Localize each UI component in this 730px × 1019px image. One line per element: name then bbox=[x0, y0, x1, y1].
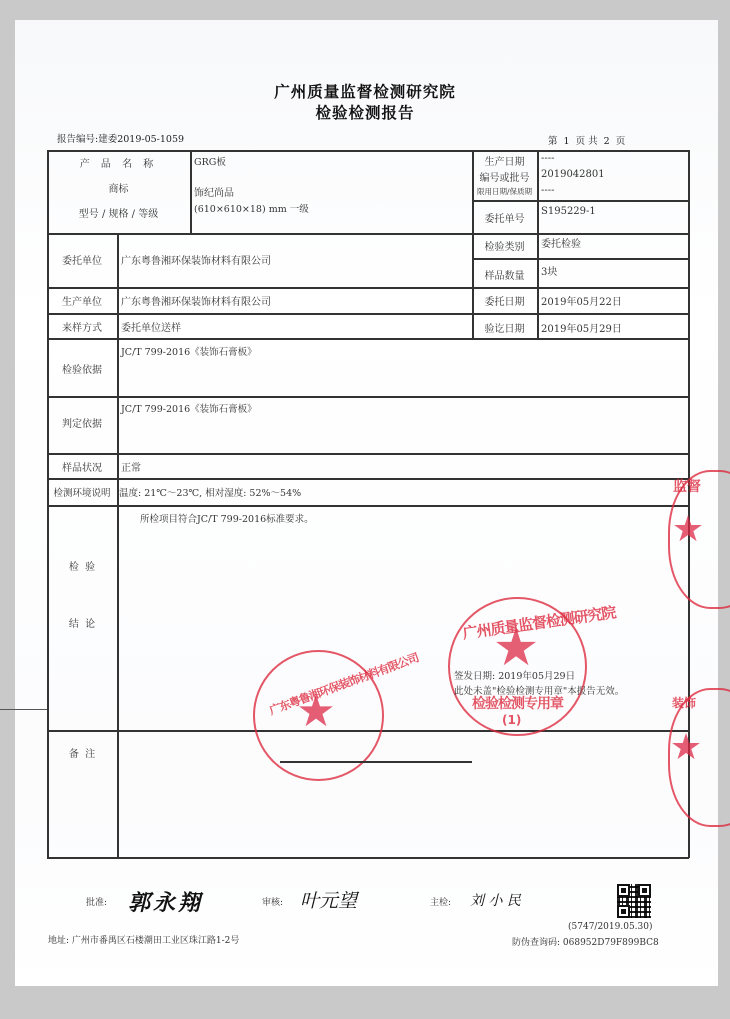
review-label: 审核: bbox=[262, 895, 283, 908]
conclusion-value: 所检项目符合JC/T 799-2016标准要求。 bbox=[140, 511, 314, 525]
environment-value: 温度: 21℃～23℃, 相对湿度: 52%～54% bbox=[119, 485, 301, 499]
brand-label: 商标 bbox=[47, 180, 190, 195]
remarks-label: 备 注 bbox=[47, 745, 117, 760]
reviewer-signature: 叶元望 bbox=[300, 886, 357, 913]
conclusion-label-2: 结 论 bbox=[47, 615, 117, 630]
condition-label: 样品状况 bbox=[47, 459, 117, 474]
expiry-label: 限用日期/保质期 bbox=[472, 186, 537, 197]
stamp-star-icon: ★ bbox=[668, 512, 708, 548]
commission-date: 2019年05月22日 bbox=[541, 293, 622, 308]
production-date-label: 生产日期 bbox=[472, 153, 537, 168]
code-reference: (5747/2019.05.30) bbox=[568, 922, 653, 932]
conclusion-label-1: 检 验 bbox=[47, 558, 117, 573]
stamp-star-icon: ★ bbox=[666, 730, 706, 766]
page-indicator: 第 1 页 共 2 页 bbox=[548, 133, 625, 147]
order-no: S195229-1 bbox=[541, 206, 596, 217]
product-name: GRG板 bbox=[194, 154, 226, 168]
inspect-label: 主检: bbox=[430, 895, 451, 908]
producer-label: 生产单位 bbox=[47, 293, 117, 308]
approve-label: 批准: bbox=[86, 895, 107, 908]
producer-value: 广东粤鲁湘环保装饰材料有限公司 bbox=[121, 293, 271, 308]
brand-value: 饰纪尚品 bbox=[194, 184, 234, 199]
report-number: 报告编号:建委2019-05-1059 bbox=[57, 131, 184, 145]
batch-value: 2019042801 bbox=[541, 169, 605, 180]
judgement-value: JC/T 799-2016《装饰石膏板》 bbox=[121, 401, 257, 415]
approver-signature: 郭永翔 bbox=[128, 886, 203, 917]
test-type-label: 检验类别 bbox=[472, 238, 537, 253]
client-value: 广东粤鲁湘环保装饰材料有限公司 bbox=[121, 252, 271, 267]
sample-qty-label: 样品数量 bbox=[472, 267, 537, 282]
production-date: ---- bbox=[541, 153, 555, 164]
basis-label: 检验依据 bbox=[47, 361, 117, 376]
expiry-value: ---- bbox=[541, 185, 555, 196]
environment-label: 检测环境说明 bbox=[47, 485, 117, 499]
product-name-label: 产 品 名 称 bbox=[47, 155, 190, 170]
finish-date-label: 验讫日期 bbox=[472, 320, 537, 335]
model-label: 型号 / 规格 / 等级 bbox=[47, 205, 190, 220]
test-type: 委托检验 bbox=[541, 235, 581, 250]
finish-date: 2019年05月29日 bbox=[541, 320, 622, 335]
basis-value: JC/T 799-2016《装饰石膏板》 bbox=[121, 344, 257, 358]
issue-date: 签发日期: 2019年05月29日 bbox=[454, 668, 575, 682]
model-value: (610×610×18) mm 一级 bbox=[194, 201, 309, 215]
address: 地址: 广州市番禺区石楼潮田工业区珠江路1-2号 bbox=[48, 933, 239, 946]
institute-title: 广州质量监督检测研究院 bbox=[0, 80, 730, 102]
report-title: 检验检测报告 bbox=[0, 101, 730, 123]
commission-date-label: 委托日期 bbox=[472, 293, 537, 308]
inspector-signature: 刘 小 民 bbox=[470, 890, 521, 910]
stamp-notice: 此处未盖"检验检测专用章"本报告无效。 bbox=[454, 683, 624, 697]
sample-qty: 3块 bbox=[541, 263, 557, 278]
client-label: 委托单位 bbox=[47, 252, 117, 267]
sampling-value: 委托单位送样 bbox=[121, 319, 181, 334]
anti-fake-code: 防伪查询码: 068952D79F899BC8 bbox=[512, 935, 659, 948]
signature-line bbox=[280, 761, 472, 763]
order-no-label: 委托单号 bbox=[472, 210, 537, 225]
judgement-label: 判定依据 bbox=[47, 415, 117, 430]
batch-label: 编号或批号 bbox=[472, 169, 537, 184]
qr-code-icon bbox=[617, 884, 651, 918]
condition-value: 正常 bbox=[121, 459, 141, 474]
sampling-label: 来样方式 bbox=[47, 319, 117, 334]
